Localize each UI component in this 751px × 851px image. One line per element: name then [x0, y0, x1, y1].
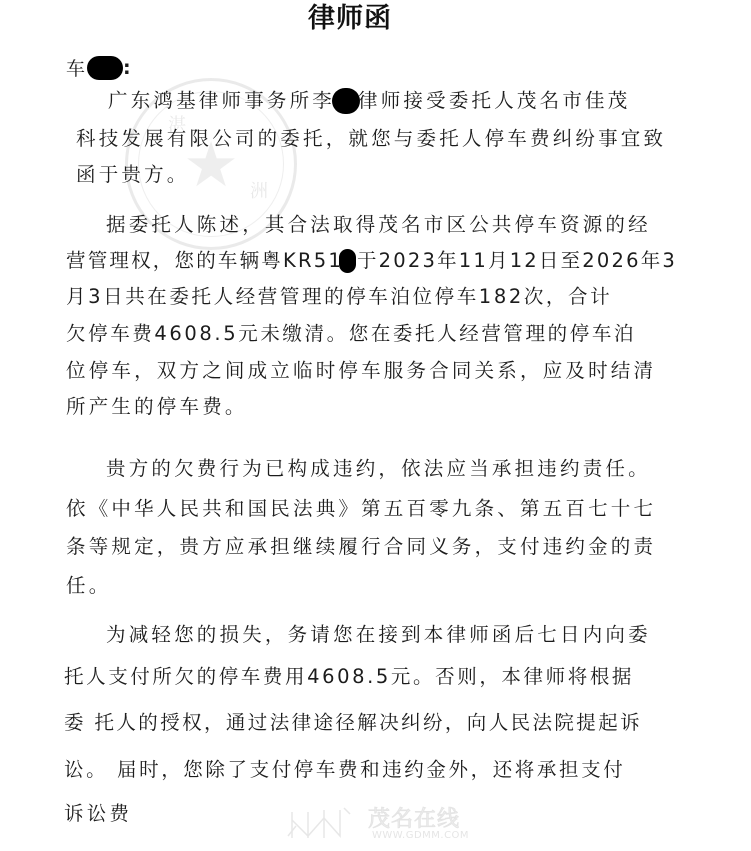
redaction-mark: [87, 56, 123, 80]
document-title: 律师函: [0, 0, 700, 35]
paragraph-3-line-2: 依《中华人民共和国民法典》第五百零九条、第五百七十七: [66, 497, 656, 521]
paragraph-1-line-2: 科技发展有限公司的委托，就您与委托人停车费纠纷事宜致: [76, 127, 666, 151]
paragraph-3-line-4: 任。: [66, 574, 111, 598]
paragraph-2-line-6: 所产生的停车费。: [66, 395, 248, 419]
line-text-after: 于2023年11月12日至2026年3: [357, 249, 677, 273]
paragraph-1-line-1: 广东鸿基律师事务所李 律师接受委托人茂名市佳茂: [108, 88, 630, 114]
paragraph-4-line-4: 讼。 届时，您除了支付停车费和违约金外，还将承担支付: [64, 758, 625, 782]
watermark-url: WWW.GDMM.COM: [372, 830, 469, 841]
seal-glyph-right: 洲: [250, 177, 268, 203]
paragraph-2-line-5: 位停车，双方之间成立临时停车服务合同关系，应及时结清: [66, 359, 656, 383]
watermark-site-name: 茂名在线: [368, 802, 460, 833]
line-text-before: 营管理权，您的车辆粤KR51: [66, 249, 343, 273]
salutation-prefix: 车: [66, 54, 85, 81]
paragraph-2-line-1: 据委托人陈述，其合法取得茂名市区公共停车资源的经: [106, 213, 651, 237]
paragraph-3-line-1: 贵方的欠费行为已构成违约，依法应当承担违约责任。: [106, 457, 651, 481]
paragraph-4-line-3: 委 托人的授权，通过法律途径解决纠纷，向人民法院提起诉: [64, 711, 642, 735]
salutation-colon: :: [123, 57, 131, 79]
paragraph-4-line-5: 诉讼费: [64, 802, 132, 826]
line-text-before: 广东鸿基律师事务所李: [108, 89, 335, 113]
gdmm-logo-icon: [286, 806, 356, 842]
letter-page: ★ 湛 洲 律师函 车 : 广东鸿基律师事务所李 律师接受委托人茂名市佳茂 科技…: [0, 0, 751, 851]
salutation: 车 :: [66, 54, 131, 81]
site-watermark: 茂名在线 WWW.GDMM.COM: [282, 802, 482, 847]
paragraph-2-line-3: 月3日共在委托人经营管理的停车泊位停车182次，合计: [66, 285, 612, 309]
paragraph-4-line-2: 托人支付所欠的停车费用4608.5元。否则，本律师将根据: [64, 665, 634, 689]
redaction-mark: [339, 249, 356, 273]
line-text-after: 律师接受委托人茂名市佳茂: [358, 89, 630, 113]
paragraph-1-line-3: 函于贵方。: [76, 163, 190, 187]
paragraph-3-line-3: 条等规定，贵方应承担继续履行合同义务，支付违约金的责: [66, 535, 656, 559]
paragraph-4-line-1: 为减轻您的损失，务请您在接到本律师函后七日内向委: [106, 623, 651, 647]
redaction-mark: [332, 88, 360, 114]
paragraph-2-line-2: 营管理权，您的车辆粤KR51 于2023年11月12日至2026年3: [66, 249, 677, 273]
paragraph-2-line-4: 欠停车费4608.5元未缴清。您在委托人经营管理的停车泊: [66, 322, 636, 346]
